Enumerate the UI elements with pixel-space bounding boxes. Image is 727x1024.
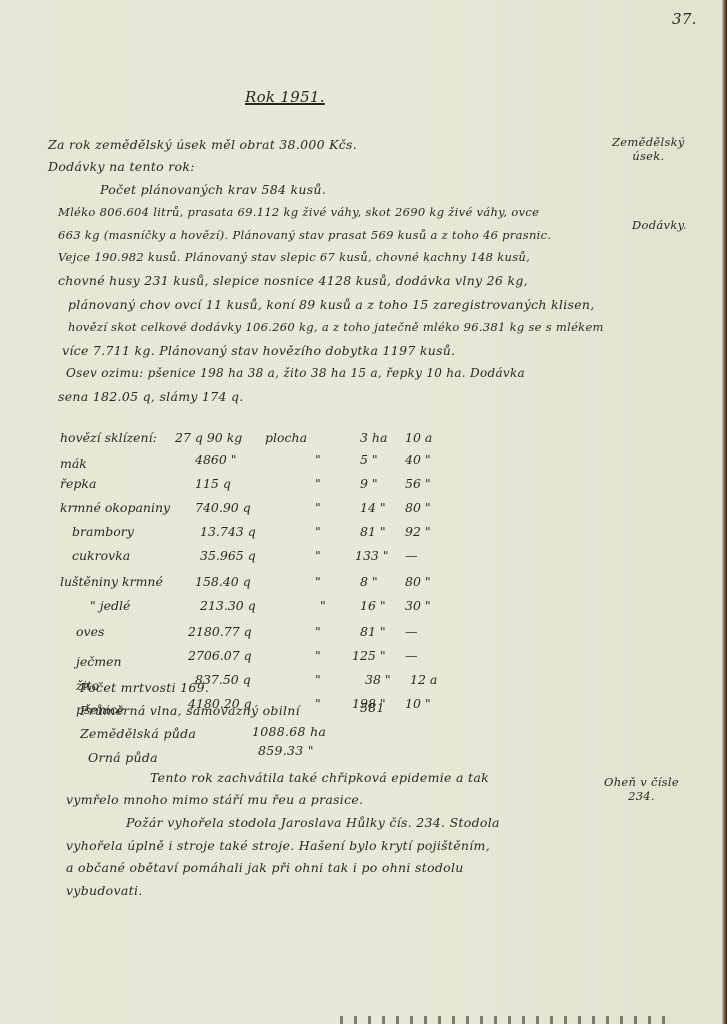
summary-value: 1088.68 ha [252, 724, 326, 739]
crop-ha: 14 " [360, 500, 386, 515]
crop-ha: 16 " [360, 598, 386, 613]
crop-label: řepka [60, 476, 96, 491]
body-line: Dodávky na tento rok: [48, 159, 195, 174]
closing-line: vyhořela úplně i stroje také stroje. Haš… [66, 838, 490, 853]
closing-line: Tento rok zachvátila také chřipková epid… [150, 770, 489, 785]
crop-label: ječmen [76, 654, 122, 669]
crop-ditto: " [315, 648, 321, 663]
body-line: Za rok zemědělský úsek měl obrat 38.000 … [48, 137, 357, 152]
crop-ha: 9 " [360, 476, 378, 491]
crop-qty: 13.743 q [200, 524, 256, 539]
summary-value: 581 [360, 700, 385, 715]
body-line: 663 kg (masníčky a hovězí). Plánovaný st… [58, 228, 551, 242]
summary-line: Počet mrtvosti 169. [80, 680, 209, 695]
margin-note-dodavky: Dodávky. [632, 218, 687, 232]
body-line: Počet plánovaných krav 584 kusů. [100, 182, 326, 197]
crop-qty: 2180.77 q [188, 624, 252, 639]
body-line: Osev ozimu: pšenice 198 ha 38 a, žito 38… [66, 366, 525, 380]
crop-label: oves [76, 624, 104, 639]
crop-ditto: " [315, 696, 321, 711]
crop-ha: 81 " [360, 624, 386, 639]
page-number: 37. [672, 10, 697, 28]
body-line: chovné husy 231 kusů, slepice nosnice 41… [58, 273, 528, 288]
crop-ditto: " [315, 500, 321, 515]
crop-ditto: " [315, 524, 321, 539]
crop-qty: 2706.07 q [188, 648, 252, 663]
crop-a: — [405, 548, 418, 563]
crop-ditto: plocha [265, 430, 307, 445]
crop-a: 30 " [405, 598, 431, 613]
margin-note-line: Zemědělský [612, 135, 685, 149]
crop-label: " jedlé [90, 598, 130, 613]
margin-note-line: Dodávky. [632, 218, 687, 232]
crop-ditto: " [315, 548, 321, 563]
summary-line: Zemědělská půda [80, 726, 196, 741]
margin-note-line: úsek. [612, 149, 685, 163]
summary-value: 859.33 " [258, 743, 314, 758]
crop-ditto: " [315, 624, 321, 639]
ledger-page: 37. Rok 1951. Zemědělský úsek. Dodávky. … [0, 0, 722, 1024]
crop-ditto: " [315, 476, 321, 491]
crop-ha: 8 " [360, 574, 378, 589]
margin-note-line: 234. [604, 789, 679, 803]
crop-label: krmné okopaniny [60, 500, 170, 515]
crop-label: hovězí sklízení: [60, 430, 157, 445]
crop-qty: 4860 " [195, 452, 237, 467]
crop-ha: 133 " [355, 548, 389, 563]
crop-qty: 740.90 q [195, 500, 251, 515]
bleed-through-marks [340, 1016, 670, 1024]
closing-line: vybudovati. [66, 883, 143, 898]
body-line: více 7.711 kg. Plánovaný stav hovězího d… [62, 343, 455, 358]
crop-a: 10 a [405, 430, 432, 445]
margin-note-zemedelsky-usek: Zemědělský úsek. [612, 135, 685, 163]
closing-line: Požár vyhořela stodola Jaroslava Hůlky č… [126, 815, 500, 830]
crop-ditto: " [315, 452, 321, 467]
body-line: hovězí skot celkové dodávky 106.260 kg, … [68, 320, 604, 334]
crop-a: 80 " [405, 500, 431, 515]
body-line: sena 182.05 q, slámy 174 q. [58, 389, 244, 404]
body-line: plánovaný chov ovcí 11 kusů, koní 89 kus… [68, 297, 595, 312]
summary-line: Průměrná vlna, samovazný obilní [80, 703, 300, 718]
crop-label: cukrovka [72, 548, 130, 563]
page-edge [722, 0, 727, 1024]
summary-line: Orná půda [88, 750, 158, 765]
crop-a: — [405, 624, 418, 639]
page-title: Rok 1951. [245, 88, 325, 106]
crop-qty: 115 q [195, 476, 231, 491]
crop-label: mák [60, 456, 87, 471]
margin-note-line: Oheň v čísle [604, 775, 679, 789]
body-line: Mléko 806.604 litrů, prasata 69.112 kg ž… [58, 205, 539, 219]
crop-a: 10 " [405, 696, 431, 711]
body-line: Vejce 190.982 kusů. Plánovaný stav slepi… [58, 250, 530, 264]
crop-ha: 81 " [360, 524, 386, 539]
crop-ha: 5 " [360, 452, 378, 467]
crop-ha: 125 " [352, 648, 386, 663]
crop-ditto: " [315, 574, 321, 589]
crop-qty: 35.965 q [200, 548, 256, 563]
crop-ha: 38 " [365, 672, 391, 687]
crop-ditto: " [315, 672, 321, 687]
crop-a: 56 " [405, 476, 431, 491]
crop-qty: 158.40 q [195, 574, 251, 589]
crop-label: luštěniny krmné [60, 574, 163, 589]
crop-label: brambory [72, 524, 134, 539]
crop-qty: 27 q 90 kg [175, 430, 242, 445]
crop-a: 40 " [405, 452, 431, 467]
crop-a: — [405, 648, 418, 663]
harvest-table: hovězí sklízení: 27 q 90 kg plocha 3 ha … [60, 430, 480, 700]
closing-line: vymřelo mnoho mimo stáří mu řeu a prasic… [66, 792, 363, 807]
crop-a: 92 " [405, 524, 431, 539]
crop-ha: 3 ha [360, 430, 387, 445]
crop-a: 80 " [405, 574, 431, 589]
crop-a: 12 a [410, 672, 437, 687]
margin-note-ohen: Oheň v čísle 234. [604, 775, 679, 803]
crop-ditto: " [320, 598, 326, 613]
crop-qty: 213.30 q [200, 598, 256, 613]
closing-line: a občané obětaví pomáhali jak při ohni t… [66, 860, 464, 875]
